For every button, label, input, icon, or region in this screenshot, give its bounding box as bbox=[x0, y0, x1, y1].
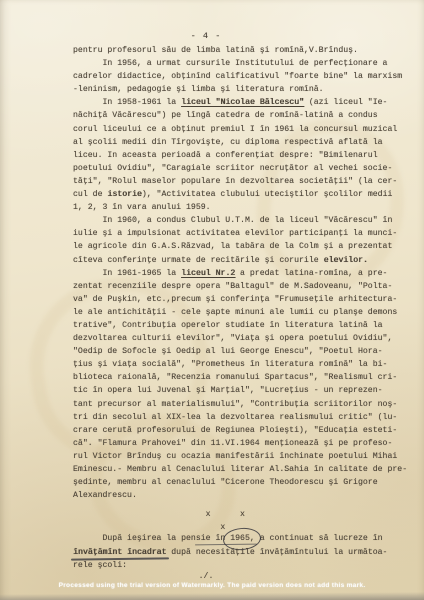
text-line: tăţi", "Rolul maselor populare în dezvol… bbox=[73, 175, 418, 188]
text-line: năchiţă Văcărescu") pe lîngă catedra de … bbox=[73, 109, 418, 122]
text-line: pentru profesorul său de limba latină şi… bbox=[73, 44, 418, 57]
text-line: In 1956, a urmat cursurile Institutului … bbox=[73, 57, 418, 70]
text-line: tant precursor al materialismului", "Con… bbox=[73, 398, 418, 411]
text-line: In 1960, a condus Clubul U.T.M. de la li… bbox=[73, 214, 418, 227]
text-line: corul liceului ce a obţinut premiul I în… bbox=[73, 123, 418, 136]
text-line: rele şcoli: bbox=[73, 559, 418, 572]
text-line: le agricole din G.A.S.Răzvad, la tabăra … bbox=[73, 240, 418, 253]
text-line: crare cerută profesorului de Regiunea Pl… bbox=[73, 424, 418, 437]
text-line: zentat recenziile despre opera "Baltagul… bbox=[73, 280, 418, 293]
page-number: - 4 - bbox=[0, 31, 412, 41]
text-line: trative", Contribuţia operelor studiate … bbox=[73, 319, 418, 332]
text-line: -leninism, pedagogie şi limba şi literat… bbox=[73, 83, 418, 96]
text-line: va" de Puşkin, etc.,precum şi conferinţa… bbox=[73, 293, 418, 306]
text-line: şedinte, membru al cenaclului "Cicerone … bbox=[73, 476, 418, 489]
text-line: al şcolii medii din Tîrgovişte, cu diplo… bbox=[73, 136, 418, 149]
text-line: le ale antichităţii - cele şapte minuni … bbox=[73, 306, 418, 319]
text-line: dezvoltarea culturii elevilor", "Viaţa ş… bbox=[73, 332, 418, 345]
text-line: "Oedip de Sofocle şi Oedip al lui George… bbox=[73, 345, 418, 358]
text-block: pentru profesorul său de limba latină şi… bbox=[73, 44, 418, 572]
text-line: învăţămînt încadrat după necesităţile în… bbox=[73, 546, 418, 559]
scanned-document-page: - 4 - pentru profesorul său de limba lat… bbox=[0, 0, 424, 600]
text-line: cul de istorie), "Activitatea clubului u… bbox=[73, 188, 418, 201]
text-line: In 1958-1961 la liceul "Nicolae Bălcescu… bbox=[73, 96, 418, 109]
text-line: ţius şi viaţa socială", "Prometheus în l… bbox=[73, 358, 418, 371]
text-line: poetului Ovidiu", "Caragiale scriitor ne… bbox=[73, 162, 418, 175]
text-line: că". "Flamura Prahovei" din 11.VI.1964 m… bbox=[73, 437, 418, 450]
text-line: Eminescu.- Membru al Cenaclului literar … bbox=[73, 463, 418, 476]
text-line: tri din secolul al XIX-lea la dezvoltare… bbox=[73, 411, 418, 424]
text-line: cadrelor didactice, obţinînd calificativ… bbox=[73, 70, 418, 83]
text-line: x x bbox=[73, 508, 418, 521]
text-line: rul Victor Brînduş cu ocazia manifestări… bbox=[73, 450, 418, 463]
text-line: Alexandrescu. bbox=[73, 489, 418, 502]
text-line: liceu. In aceasta perioadă a conferenţia… bbox=[73, 149, 418, 162]
closing-mark: ./. bbox=[0, 572, 412, 581]
text-line: In 1961-1965 la liceul Nr.2 a predat lat… bbox=[73, 267, 418, 280]
watermark-overlay: Processed using the trial version of Wat… bbox=[0, 582, 424, 589]
text-line: iulie şi a impulsionat activitatea elevi… bbox=[73, 227, 418, 240]
text-line: blioteca raională, "Recenzia romanului S… bbox=[73, 371, 418, 384]
text-line: 1, 2, 3 în vara anului 1959. bbox=[73, 201, 418, 214]
scan-bottom-edge bbox=[0, 592, 424, 600]
text-line: cîteva conferinţe urmate de recitările ş… bbox=[73, 254, 418, 267]
text-line: tic în opera lui Juvenal şi Marţial", "L… bbox=[73, 384, 418, 397]
